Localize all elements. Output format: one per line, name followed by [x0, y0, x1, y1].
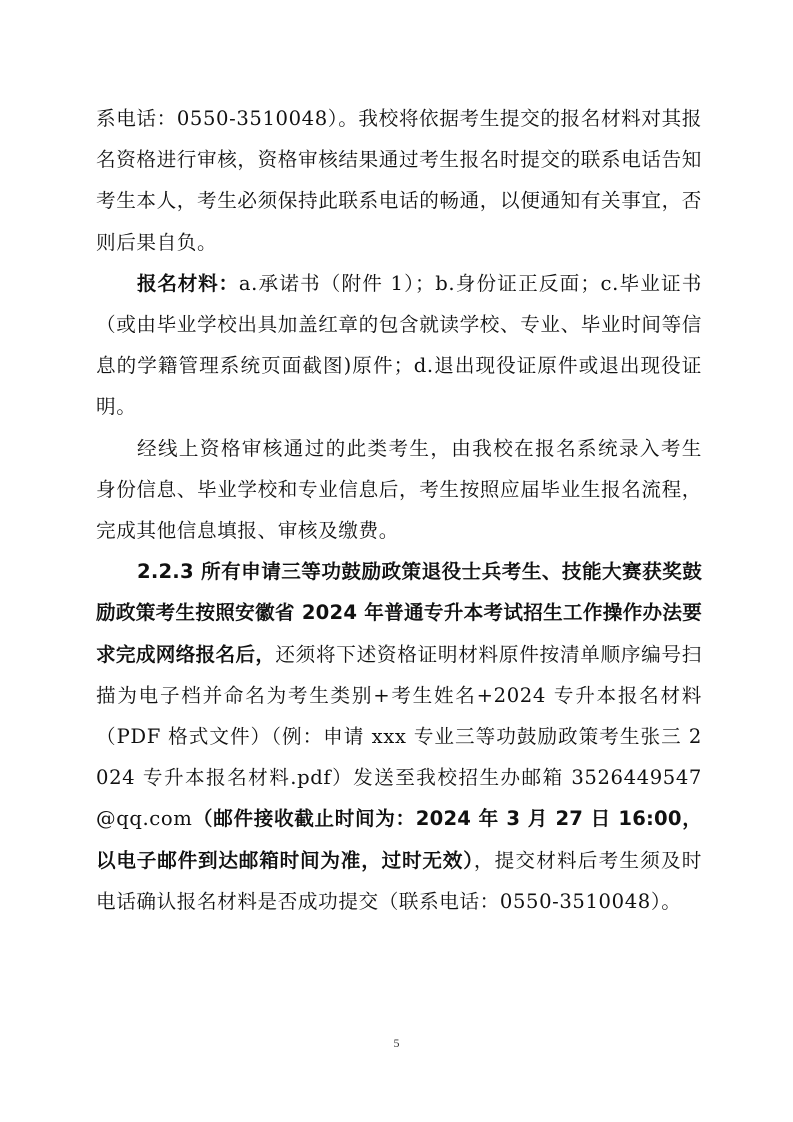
- paragraph-contact-continuation: 系电话：0550-3510048）。我校将依据考生提交的报名材料对其报名资格进行…: [96, 98, 702, 263]
- materials-heading: 报名材料：: [137, 272, 239, 295]
- paragraph-online-review: 经线上资格审核通过的此类考生，由我校在报名系统录入考生身份信息、毕业学校和专业信…: [96, 428, 702, 552]
- submission-instructions: 还须将下述资格证明材料原件按清单顺序编号扫描为电子档并命名为考生类别+考生姓名+…: [96, 643, 702, 831]
- paragraph-text: 经线上资格审核通过的此类考生，由我校在报名系统录入考生身份信息、毕业学校和专业信…: [96, 437, 702, 542]
- paragraph-section-2-2-3: 2.2.3 所有申请三等功鼓励政策退役士兵考生、技能大赛获奖鼓励政策考生按照安徽…: [96, 551, 702, 922]
- paragraph-text: 系电话：0550-3510048）。我校将依据考生提交的报名材料对其报名资格进行…: [96, 107, 702, 254]
- paragraph-registration-materials: 报名材料：a.承诺书（附件 1）；b.身份证正反面；c.毕业证书（或由毕业学校出…: [96, 263, 702, 428]
- page-number: 5: [0, 1036, 793, 1051]
- document-page: 系电话：0550-3510048）。我校将依据考生提交的报名材料对其报名资格进行…: [96, 98, 702, 922]
